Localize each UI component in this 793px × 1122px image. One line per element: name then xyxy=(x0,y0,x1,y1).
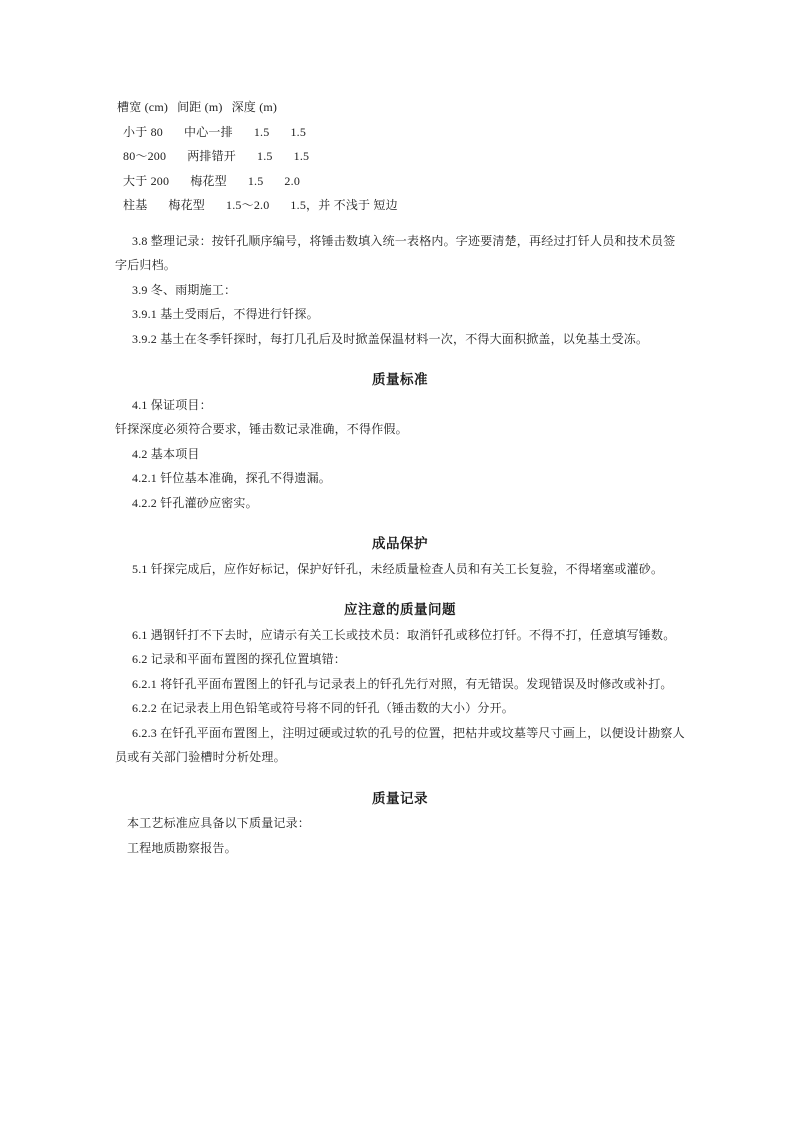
table-row: 小于 80中心一排1.51.5 xyxy=(115,120,685,145)
text-line: 工程地质勘察报告。 xyxy=(115,836,685,861)
text-line: 字后归档。 xyxy=(115,253,685,278)
text-line: 4.2.1 钎位基本准确，探孔不得遗漏。 xyxy=(115,466,685,491)
text-line: 钎探深度必须符合要求，锤击数记录准确，不得作假。 xyxy=(115,417,685,442)
section-heading: 质量标准 xyxy=(115,368,685,393)
table-cell: 1.5 xyxy=(254,120,270,145)
table-cell: 梅花型 xyxy=(190,169,227,194)
section-heading: 质量记录 xyxy=(115,787,685,812)
text-line: 3.8 整理记录：按钎孔顺序编号，将锤击数填入统一表格内。字迹要清楚，再经过打钎… xyxy=(115,229,685,254)
text-line: 3.9.2 基土在冬季钎探时，每打几孔后及时掀盖保温材料一次，不得大面积掀盖，以… xyxy=(115,327,685,352)
table-row: 柱基梅花型1.5～2.01.5，并 不浅于 短边 xyxy=(115,193,685,218)
probe-spacing-table: 槽宽 (cm)间距 (m)深度 (m)小于 80中心一排1.51.580～200… xyxy=(115,95,685,218)
table-cell: 柱基 xyxy=(123,193,147,218)
table-cell: 两排错开 xyxy=(187,144,236,169)
table-cell: 1.5，并 不浅于 短边 xyxy=(290,193,397,218)
text-line: 3.9.1 基土受雨后，不得进行钎探。 xyxy=(115,302,685,327)
document-body: 3.8 整理记录：按钎孔顺序编号，将锤击数填入统一表格内。字迹要清楚，再经过打钎… xyxy=(115,229,685,861)
table-cell: 大于 200 xyxy=(123,169,169,194)
table-header-row: 槽宽 (cm)间距 (m)深度 (m) xyxy=(115,95,685,120)
table-cell: 梅花型 xyxy=(168,193,205,218)
section-heading: 应注意的质量问题 xyxy=(115,598,685,623)
table-header-cell: 深度 (m) xyxy=(232,95,278,120)
text-line: 6.1 遇钢钎打不下去时，应请示有关工长或技术员：取消钎孔或移位打钎。不得不打，… xyxy=(115,623,685,648)
table-cell: 2.0 xyxy=(284,169,300,194)
document-section: 3.8 整理记录：按钎孔顺序编号，将锤击数填入统一表格内。字迹要清楚，再经过打钎… xyxy=(115,229,685,352)
table-row: 大于 200梅花型1.52.0 xyxy=(115,169,685,194)
document-section: 应注意的质量问题6.1 遇钢钎打不下去时，应请示有关工长或技术员：取消钎孔或移位… xyxy=(115,598,685,770)
table-row: 80～200两排错开1.51.5 xyxy=(115,144,685,169)
document-section: 质量记录本工艺标准应具备以下质量记录：工程地质勘察报告。 xyxy=(115,787,685,861)
document-section: 成品保护5.1 钎探完成后，应作好标记，保护好钎孔，未经质量检查人员和有关工长复… xyxy=(115,532,685,581)
text-line: 4.2.2 钎孔灌砂应密实。 xyxy=(115,491,685,516)
text-line: 3.9 冬、雨期施工： xyxy=(115,278,685,303)
text-line: 6.2.2 在记录表上用色铅笔或符号将不同的钎孔（锤击数的大小）分开。 xyxy=(115,696,685,721)
section-heading: 成品保护 xyxy=(115,532,685,557)
table-cell: 小于 80 xyxy=(123,120,163,145)
table-cell: 1.5 xyxy=(294,144,310,169)
table-cell: 80～200 xyxy=(123,144,166,169)
table-header-cell: 间距 (m) xyxy=(177,95,223,120)
document-page: 槽宽 (cm)间距 (m)深度 (m)小于 80中心一排1.51.580～200… xyxy=(0,0,793,1122)
text-line: 本工艺标准应具备以下质量记录： xyxy=(115,811,685,836)
text-line: 5.1 钎探完成后，应作好标记，保护好钎孔，未经质量检查人员和有关工长复验，不得… xyxy=(115,557,685,582)
text-line: 员或有关部门验槽时分析处理。 xyxy=(115,745,685,770)
text-line: 4.1 保证项目： xyxy=(115,393,685,418)
table-cell: 1.5 xyxy=(290,120,306,145)
text-line: 6.2.1 将钎孔平面布置图上的钎孔与记录表上的钎孔先行对照，有无错误。发现错误… xyxy=(115,672,685,697)
table-cell: 1.5 xyxy=(248,169,264,194)
table-header-cell: 槽宽 (cm) xyxy=(117,95,168,120)
text-line: 4.2 基本项目 xyxy=(115,442,685,467)
text-line: 6.2 记录和平面布置图的探孔位置填错： xyxy=(115,647,685,672)
text-line: 6.2.3 在钎孔平面布置图上，注明过硬或过软的孔号的位置，把枯井或坟墓等尺寸画… xyxy=(115,721,685,746)
document-section: 质量标准4.1 保证项目：钎探深度必须符合要求，锤击数记录准确，不得作假。4.2… xyxy=(115,368,685,515)
table-cell: 1.5 xyxy=(257,144,273,169)
table-cell: 中心一排 xyxy=(184,120,233,145)
table-cell: 1.5～2.0 xyxy=(226,193,269,218)
